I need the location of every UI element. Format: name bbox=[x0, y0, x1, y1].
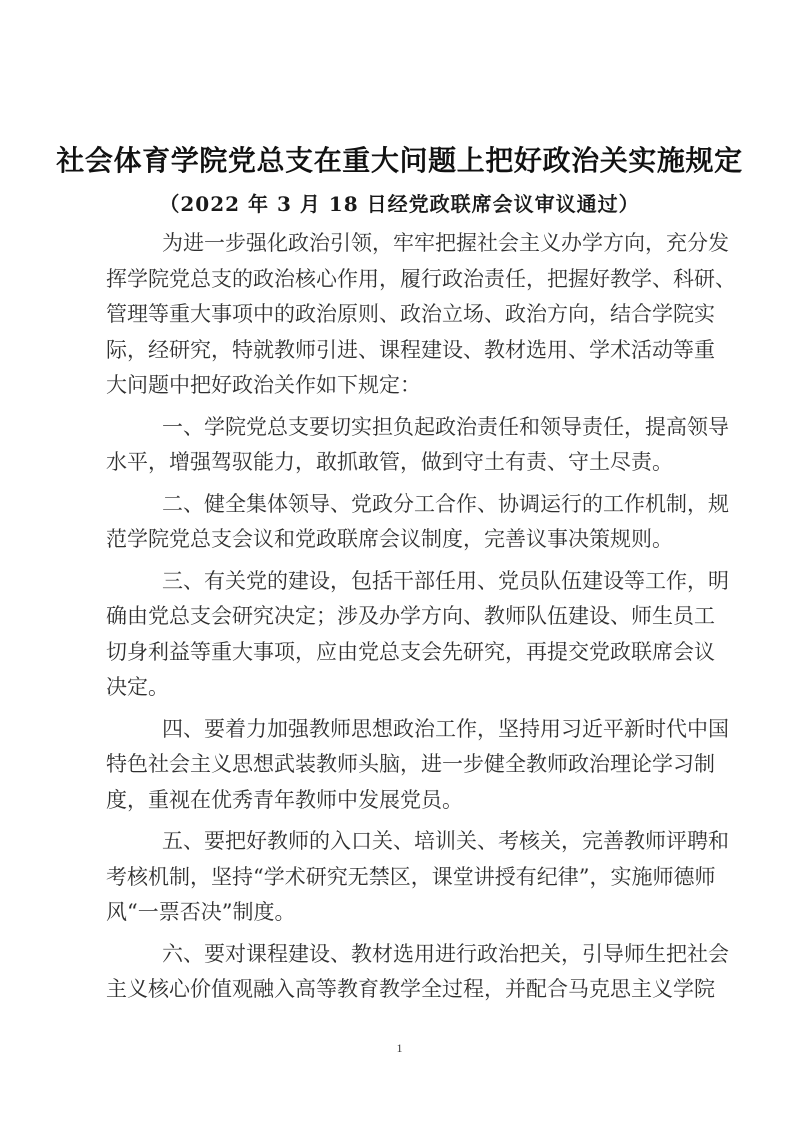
text-line: 特色社会主义思想武装教师头脑，进一步健全教师政治理论学习制 bbox=[106, 747, 694, 783]
text-line: 大问题中把好政治关作如下规定： bbox=[106, 368, 694, 404]
text-line: 风“一票否决”制度。 bbox=[106, 895, 694, 931]
paragraph-item-4: 四、要着力加强教师思想政治工作，坚持用习近平新时代中国 特色社会主义思想武装教师… bbox=[106, 712, 694, 819]
text-line: 三、有关党的建设，包括干部任用、党员队伍建设等工作，明 bbox=[106, 564, 694, 600]
text-line: 为进一步强化政治引领，牢牢把握社会主义办学方向，充分发 bbox=[106, 226, 694, 262]
text-line: 管理等重大事项中的政治原则、政治立场、政治方向，结合学院实 bbox=[106, 297, 694, 333]
text-line: 水平，增强驾驭能力，敢抓敢管，做到守土有责、守土尽责。 bbox=[106, 445, 694, 481]
text-line: 六、要对课程建设、教材选用进行政治把关，引导师生把社会 bbox=[106, 937, 694, 973]
document-subtitle: （2022 年 3 月 18 日经党政联席会议审议通过） bbox=[0, 190, 799, 218]
text-line: 考核机制，坚持“学术研究无禁区，课堂讲授有纪律”，实施师德师 bbox=[106, 860, 694, 896]
paragraph-preamble: 为进一步强化政治引领，牢牢把握社会主义办学方向，充分发 挥学院党总支的政治核心作… bbox=[106, 226, 694, 404]
paragraph-item-3: 三、有关党的建设，包括干部任用、党员队伍建设等工作，明 确由党总支会研究决定；涉… bbox=[106, 564, 694, 706]
text-line: 切身利益等重大事项，应由党总支会先研究，再提交党政联席会议 bbox=[106, 635, 694, 671]
text-line: 度，重视在优秀青年教师中发展党员。 bbox=[106, 783, 694, 819]
text-line: 主义核心价值观融入高等教育教学全过程，并配合马克思主义学院 bbox=[106, 972, 694, 1008]
text-line: 二、健全集体领导、党政分工合作、协调运行的工作机制，规 bbox=[106, 487, 694, 523]
paragraph-item-1: 一、学院党总支要切实担负起政治责任和领导责任，提高领导 水平，增强驾驭能力，敢抓… bbox=[106, 410, 694, 481]
text-line: 挥学院党总支的政治核心作用，履行政治责任，把握好教学、科研、 bbox=[106, 262, 694, 298]
paragraph-item-2: 二、健全集体领导、党政分工合作、协调运行的工作机制，规 范学院党总支会议和党政联… bbox=[106, 487, 694, 558]
text-line: 际，经研究，特就教师引进、课程建设、教材选用、学术活动等重 bbox=[106, 333, 694, 369]
paragraph-item-5: 五、要把好教师的入口关、培训关、考核关，完善教师评聘和 考核机制，坚持“学术研究… bbox=[106, 824, 694, 931]
text-line: 范学院党总支会议和党政联席会议制度，完善议事决策规则。 bbox=[106, 522, 694, 558]
text-line: 五、要把好教师的入口关、培训关、考核关，完善教师评聘和 bbox=[106, 824, 694, 860]
page-number: 1 bbox=[0, 1041, 799, 1056]
text-line: 四、要着力加强教师思想政治工作，坚持用习近平新时代中国 bbox=[106, 712, 694, 748]
document-page: 社会体育学院党总支在重大问题上把好政治关实施规定 （2022 年 3 月 18 … bbox=[0, 0, 799, 1131]
document-body: 为进一步强化政治引领，牢牢把握社会主义办学方向，充分发 挥学院党总支的政治核心作… bbox=[106, 226, 694, 1014]
text-line: 一、学院党总支要切实担负起政治责任和领导责任，提高领导 bbox=[106, 410, 694, 446]
text-line: 决定。 bbox=[106, 670, 694, 706]
text-line: 确由党总支会研究决定；涉及办学方向、教师队伍建设、师生员工 bbox=[106, 599, 694, 635]
document-title: 社会体育学院党总支在重大问题上把好政治关实施规定 bbox=[0, 143, 799, 179]
paragraph-item-6: 六、要对课程建设、教材选用进行政治把关，引导师生把社会 主义核心价值观融入高等教… bbox=[106, 937, 694, 1008]
